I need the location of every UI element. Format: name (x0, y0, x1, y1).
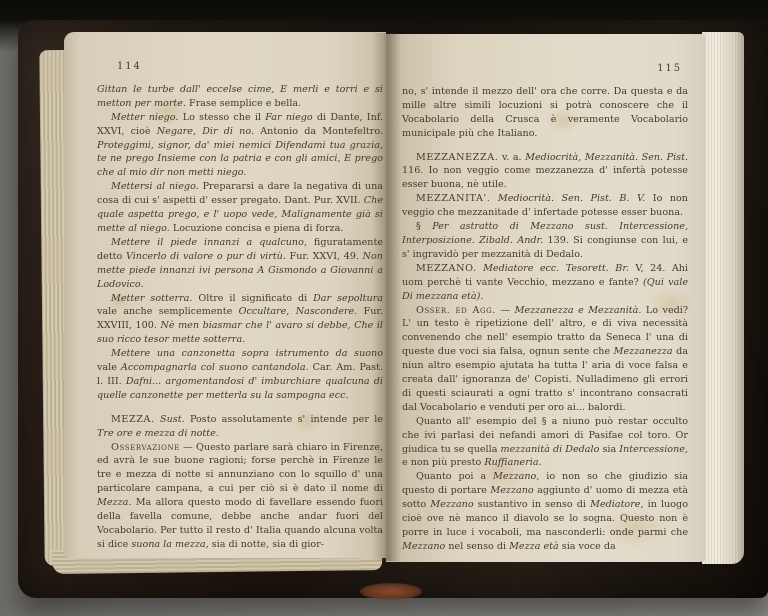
text-segment: Metter niego. (111, 112, 178, 123)
paragraph: § Per astratto di Mezzano sust. Interces… (402, 220, 688, 262)
paragraph: Metter niego. Lo stesso che il Far niego… (97, 111, 383, 181)
text-segment: Mezzano, (493, 471, 539, 482)
text-segment: § (416, 221, 432, 232)
text-segment: — (496, 305, 515, 316)
text-segment: 116. Io non veggio come mezzanezza d' in… (402, 165, 688, 190)
paragraph: MEZZA. Sust. Posto assolutamente s' inte… (97, 413, 383, 441)
text-segment: MEZZANITA'. (416, 193, 490, 204)
text-segment: Osservazione (111, 442, 180, 453)
paragraph: MEZZANO. Mediatore ecc. Tesorett. Br. V,… (402, 262, 688, 304)
text-segment: Intercessione, (619, 444, 688, 455)
text-segment: vale (97, 362, 121, 373)
left-page-body: Gittan le turbe dall' eccelse cime, E me… (97, 83, 383, 552)
right-page-body: no, s' intende il mezzo dell' ora che co… (402, 85, 688, 554)
text-segment: Antonio da Montefeltro. (254, 126, 383, 137)
text-segment: Mettersi al niego. (111, 181, 199, 192)
text-segment: MEZZA. (111, 414, 155, 425)
text-segment: Mettere una canzonetta sopra istrumento … (111, 348, 383, 359)
paragraph: Metter sotterra. Oltre il significato di… (97, 292, 383, 348)
text-segment: sia (599, 444, 619, 455)
text-segment: Osser. ed Agg. (416, 305, 496, 316)
text-segment: Mezza. (97, 497, 131, 508)
text-segment: Sust. (155, 414, 185, 425)
paragraph: MEZZANITA'. Mediocrità. Sen. Pist. B. V.… (402, 192, 688, 220)
paragraph: Quanto poi a Mezzano, io non so che giud… (402, 470, 688, 553)
paragraph: Osser. ed Agg. — Mezzanezza e Mezzanità.… (402, 304, 688, 415)
paragraph: Quanto all' esempio del § a niuno può re… (402, 415, 688, 471)
text-segment: Mediatore, (590, 499, 643, 510)
text-segment: Vincerlo di valore o pur di virtù. (126, 251, 286, 262)
text-segment: Far niego (265, 112, 312, 123)
text-segment: Mezzano (402, 541, 445, 552)
text-segment: Negare, Dir di no. (157, 126, 254, 137)
text-segment: Ruffianeria. (484, 457, 541, 468)
text-segment: suona la mezza, (131, 539, 208, 550)
worn-leather-patch (360, 583, 422, 600)
text-segment: Mediocrità, Mezzanità. Sen. Pist. (525, 152, 688, 163)
text-segment: Lo stesso che il (178, 112, 265, 123)
text-segment: Mediocrità. Sen. Pist. B. V. (490, 193, 645, 204)
text-segment: MEZZANO. (416, 263, 477, 274)
text-segment: Fur. XXVI, 49. (286, 251, 363, 262)
left-page-text: 114 Gittan le turbe dall' eccelse cime, … (97, 60, 383, 552)
text-segment: Metter sotterra. (111, 293, 192, 304)
text-segment: Oltre il significato di (192, 293, 313, 304)
text-segment: sia di notte, sia di gior- (209, 539, 324, 550)
text-segment: Proteggimi, signor, da' miei nemici Dife… (97, 140, 383, 179)
text-segment: Mezzanezza e Mezzanità. (515, 305, 642, 316)
text-segment: Mezzano (430, 499, 473, 510)
text-segment: Frase semplice e bella. (186, 98, 301, 109)
page-edges-right (702, 32, 744, 564)
paragraph: Gittan le turbe dall' eccelse cime, E me… (97, 83, 383, 111)
text-segment: Occultare, Nascondere. (239, 306, 358, 317)
text-segment: Quanto poi a (416, 471, 493, 482)
text-segment: Locuzione concisa e piena di forza. (170, 223, 344, 234)
text-segment: MEZZANEZZA. (416, 152, 498, 163)
text-segment: Posto assolutamente s' intende per le (185, 414, 383, 425)
paragraph: Mettere il piede innanzi a qualcuno, fig… (97, 236, 383, 292)
text-segment: no, s' intende il mezzo dell' ora che co… (402, 86, 688, 139)
paragraph: no, s' intende il mezzo dell' ora che co… (402, 85, 688, 141)
text-segment: Accompagnarla col suono cantandola. (121, 362, 309, 373)
text-segment: Mediatore ecc. Tesorett. Br. (477, 263, 629, 274)
text-segment: Mezza età (509, 541, 559, 552)
text-segment: sia voce da (559, 541, 616, 552)
text-segment: sustantivo in senso di (474, 499, 591, 510)
text-segment: vale anche semplicemente (97, 306, 239, 317)
text-segment: v. a. (498, 152, 525, 163)
page-number-right: 115 (402, 62, 688, 76)
right-page-text: 115 no, s' intende il mezzo dell' ora ch… (402, 62, 688, 554)
paragraph: Osservazione — Questo parlare sarà chiar… (97, 441, 383, 552)
text-segment: Mezzanezza (614, 346, 673, 357)
text-segment: Mezzano (490, 485, 533, 496)
text-segment: mezzanità di Dedalo (501, 444, 600, 455)
book-photograph: 114 Gittan le turbe dall' eccelse cime, … (0, 0, 768, 616)
paragraph: Mettersi al niego. Prepararsi a dare la … (97, 180, 383, 236)
text-segment: Mettere il piede innanzi a qualcuno, (111, 237, 307, 248)
text-segment: Dafni... argomentandosi d' imburchiare q… (97, 376, 383, 401)
text-segment: e non più presto (402, 457, 484, 468)
text-segment: Tre ore e mezza di notte. (97, 428, 219, 439)
page-number-left: 114 (97, 60, 383, 74)
text-segment: nel senso di (445, 541, 509, 552)
paragraph: Mettere una canzonetta sopra istrumento … (97, 347, 383, 403)
text-segment: Dar sepoltura (313, 293, 383, 304)
paragraph: MEZZANEZZA. v. a. Mediocrità, Mezzanità.… (402, 151, 688, 193)
